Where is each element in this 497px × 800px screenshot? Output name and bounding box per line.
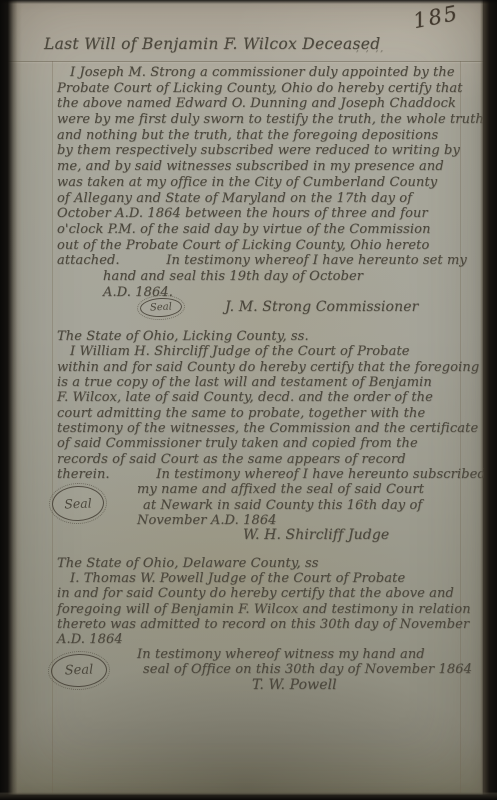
handwritten-line: attached. In testimony whereof I have he… [57, 253, 461, 269]
handwritten-line: by them respectively subscribed were red… [57, 143, 461, 159]
book-edge-left [0, 0, 22, 800]
handwritten-line: I. Thomas W. Powell Judge of the Court o… [57, 571, 461, 586]
handwritten-line: were by me first duly sworn to testify t… [57, 112, 461, 128]
book-edge-top [0, 0, 497, 4]
handwritten-line: o'clock P.M. of the said day by virtue o… [57, 222, 461, 238]
handwritten-line: in and for said County do hereby certify… [57, 586, 461, 601]
seal-doodle-delaware-court: Seal [50, 653, 107, 688]
handwritten-line: October A.D. 1864 between the hours of t… [57, 206, 461, 222]
handwritten-line: therein. In testimony whereof I have her… [57, 467, 461, 482]
handwritten-line: foregoing will of Benjamin F. Wilcox and… [57, 602, 461, 617]
section-licking-county-certificate: The State of Ohio, Licking County, ss.I … [57, 329, 461, 544]
handwritten-line: at Newark in said County this 16th day o… [57, 498, 461, 513]
section-delaware-county-certificate: The State of Ohio, Delaware County, ssI.… [57, 556, 461, 693]
title-stray-marks: , , ,, [356, 44, 385, 54]
handwritten-line: was taken at my office in the City of Cu… [57, 175, 461, 191]
handwritten-line: November A.D. 1864 [57, 513, 461, 528]
handwritten-line: I William H. Shircliff Judge of the Cour… [57, 344, 461, 359]
seal-doodle-licking-court: Seal [51, 485, 104, 522]
handwritten-line: A.D. 1864 [57, 632, 461, 647]
handwritten-line: and nothing but the truth, that the fore… [57, 128, 461, 144]
handwritten-line: is a true copy of the last will and test… [57, 375, 461, 390]
handwritten-line: W. H. Shircliff Judge [57, 528, 461, 543]
seal-label: Seal [150, 301, 172, 313]
title-rule-line [8, 61, 483, 62]
handwritten-line: records of said Court as the same appear… [57, 452, 461, 467]
handwritten-line: within and for said County do hereby cer… [57, 360, 461, 375]
seal-label: Seal [64, 663, 93, 679]
handwritten-line: my name and affixed the seal of said Cou… [57, 482, 461, 497]
handwritten-line: The State of Ohio, Delaware County, ss [57, 556, 461, 571]
handwritten-line: The State of Ohio, Licking County, ss. [57, 329, 461, 344]
book-edge-right [480, 0, 497, 800]
handwritten-line: Probate Court of Licking County, Ohio do… [57, 81, 461, 97]
handwritten-line: In testimony whereof witness my hand and [57, 647, 461, 662]
handwritten-line: thereto was admitted to record on this 3… [57, 617, 461, 632]
handwritten-line: out of the Probate Court of Licking Coun… [57, 238, 461, 254]
seal-label: Seal [64, 496, 92, 512]
book-edge-bottom [0, 792, 497, 800]
handwritten-line: court admitting the same to probate, tog… [57, 406, 461, 421]
handwritten-line: hand and seal this 19th day of October [57, 269, 461, 285]
handwritten-line: seal of Office on this 30th day of Novem… [57, 662, 461, 677]
handwritten-line: F. Wilcox, late of said County, decd. an… [57, 390, 461, 405]
handwritten-line: A.D. 1864. [57, 285, 461, 301]
section-commissioner-certificate: I Joseph M. Strong a commissioner duly a… [57, 65, 461, 316]
handwritten-line: testimony of the witnesses, the Commissi… [57, 421, 461, 436]
handwritten-line: T. W. Powell [57, 678, 461, 693]
handwritten-line: of Allegany and State of Maryland on the… [57, 191, 461, 207]
handwritten-line: the above named Edward O. Dunning and Jo… [57, 96, 461, 112]
handwritten-line: me, and by said witnesses subscribed in … [57, 159, 461, 175]
page-title: Last Will of Benjamin F. Wilcox Deceased [44, 35, 380, 53]
handwritten-line: J. M. Strong Commissioner [57, 300, 461, 316]
handwritten-line: of said Commissioner truly taken and cop… [57, 436, 461, 451]
left-margin-line [52, 61, 53, 793]
seal-doodle-commissioner: Seal [140, 297, 183, 318]
scanned-document-page: 185 Last Will of Benjamin F. Wilcox Dece… [0, 0, 497, 800]
handwritten-line: I Joseph M. Strong a commissioner duly a… [57, 65, 461, 81]
